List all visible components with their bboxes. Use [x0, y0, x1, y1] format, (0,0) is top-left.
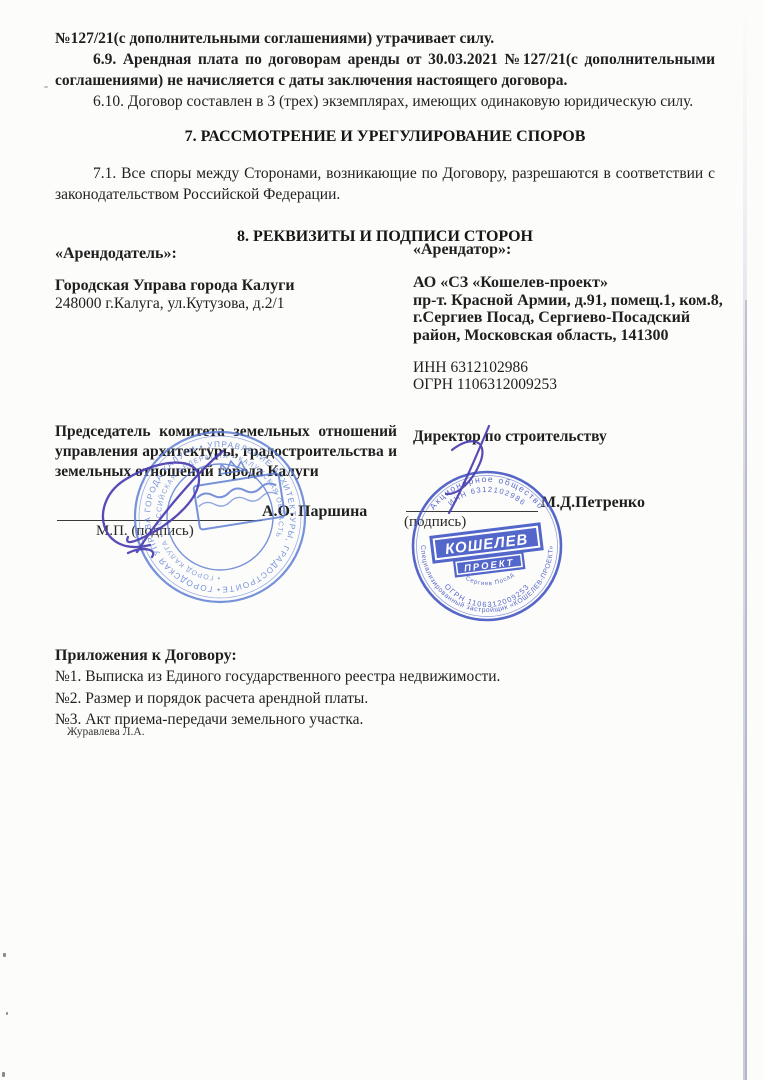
lessee-stamp-company-type-text: Акционерное общество	[427, 474, 546, 511]
lessee-signer-name: М.Д.Петренко	[541, 494, 645, 512]
lessee-stamp: Акционерное общество ИНН 6312102986 Спец…	[413, 472, 561, 620]
clause-6-10: 6.10. Договор составлен в 3 (трех) экзем…	[55, 91, 715, 112]
lessee-address-line2: г.Сергиев Посад, Сергиево-Посадский	[413, 309, 733, 327]
lessee-ogrn: ОГРН 1106312009253	[413, 376, 733, 393]
lessee-sign-note: (подпись)	[404, 514, 466, 531]
clause-carryover: №127/21(с дополнительными соглашениями) …	[55, 28, 715, 49]
attachment-item: №1. Выписка из Единого государственного …	[55, 666, 615, 688]
koshelev-logo-line1: КОШЕЛЕВ	[444, 531, 529, 558]
attachments-heading: Приложения к Договору:	[55, 645, 615, 666]
clause-7-1: 7.1. Все споры между Сторонами, возникаю…	[55, 163, 715, 205]
scan-edge-line-core	[745, 300, 747, 1080]
executor-note: Журавлева Л.А.	[67, 726, 145, 738]
lessee-stamp-ogrn-text: ОГРН 1106312009253	[443, 582, 532, 609]
clause-6-9: 6.9. Арендная плата по договорам аренды …	[55, 49, 715, 91]
lessor-signature-line	[57, 520, 262, 521]
lessor-address: 248000 г.Калуга, ул.Кутузова, д.2/1	[55, 295, 395, 312]
lessee-address-line3: район, Московская область, 141300	[413, 327, 733, 345]
svg-text:ИНН 6312102986: ИНН 6312102986	[446, 485, 528, 508]
koshelev-project-logo: КОШЕЛЕВ ПРОЕКТ	[431, 525, 543, 579]
lessor-role-label: «Арендодатель»:	[55, 245, 177, 263]
attachments-block: Приложения к Договору: №1. Выписка из Ед…	[55, 645, 615, 731]
svg-text:Акционерное общество: Акционерное общество	[427, 474, 546, 511]
lessee-signer-title: Директор по строительству	[413, 428, 607, 446]
lessor-sign-note: М.П. (подпись)	[96, 523, 194, 540]
lessee-stamp-developer-text: Специализированный застройщик «КОШЕЛЕВ-П…	[419, 545, 555, 614]
section-7-heading: 7. РАССМОТРЕНИЕ И УРЕГУЛИРОВАНИЕ СПОРОВ	[55, 128, 715, 146]
lessee-stamp-city-text: г. Сергиев Посад	[458, 572, 516, 587]
stamps-and-signatures-layer: • ГОРОДСКАЯ УПРАВА ГОРОДА КАЛУГИ • УПРАВ…	[0, 0, 764, 1080]
lessee-org-name: АО «СЗ «Кошелев-проект»	[413, 274, 733, 292]
attachment-item: №2. Размер и порядок расчета арендной пл…	[55, 688, 615, 710]
scan-speck	[44, 86, 48, 88]
svg-text:г. Сергиев Посад: г. Сергиев Посад	[458, 572, 516, 587]
scanned-contract-page: №127/21(с дополнительными соглашениями) …	[0, 0, 764, 1080]
lessor-signer-name: А.О. Паршина	[262, 503, 367, 521]
scan-speck	[3, 953, 6, 957]
lessor-org-block: Городская Управа города Калуги 248000 г.…	[55, 277, 395, 312]
section-8-heading: 8. РЕКВИЗИТЫ И ПОДПИСИ СТОРОН	[55, 228, 715, 246]
scan-speck	[2, 1072, 5, 1077]
svg-text:Специализированный застройщик: Специализированный застройщик «КОШЕЛЕВ-П…	[419, 545, 555, 614]
lessee-role-label: «Арендатор»:	[413, 241, 511, 259]
lessee-signature-line	[406, 511, 538, 512]
lessor-org-name: Городская Управа города Калуги	[55, 277, 395, 295]
lessee-stamp-inn-text: ИНН 6312102986	[446, 485, 528, 508]
koshelev-logo-line2: ПРОЕКТ	[464, 557, 516, 574]
scan-speck	[6, 1012, 8, 1015]
clauses-6-block: №127/21(с дополнительными соглашениями) …	[55, 28, 715, 112]
lessor-signer-title: Председатель комитета земельных отношени…	[55, 422, 397, 482]
lessee-address-line1: пр-т. Красной Армии, д.91, помещ.1, ком.…	[413, 292, 733, 310]
lessee-inn: ИНН 6312102986	[413, 359, 733, 376]
svg-text:ОГРН 1106312009253: ОГРН 1106312009253	[443, 582, 532, 609]
lessee-org-block: АО «СЗ «Кошелев-проект» пр-т. Красной Ар…	[413, 274, 733, 393]
